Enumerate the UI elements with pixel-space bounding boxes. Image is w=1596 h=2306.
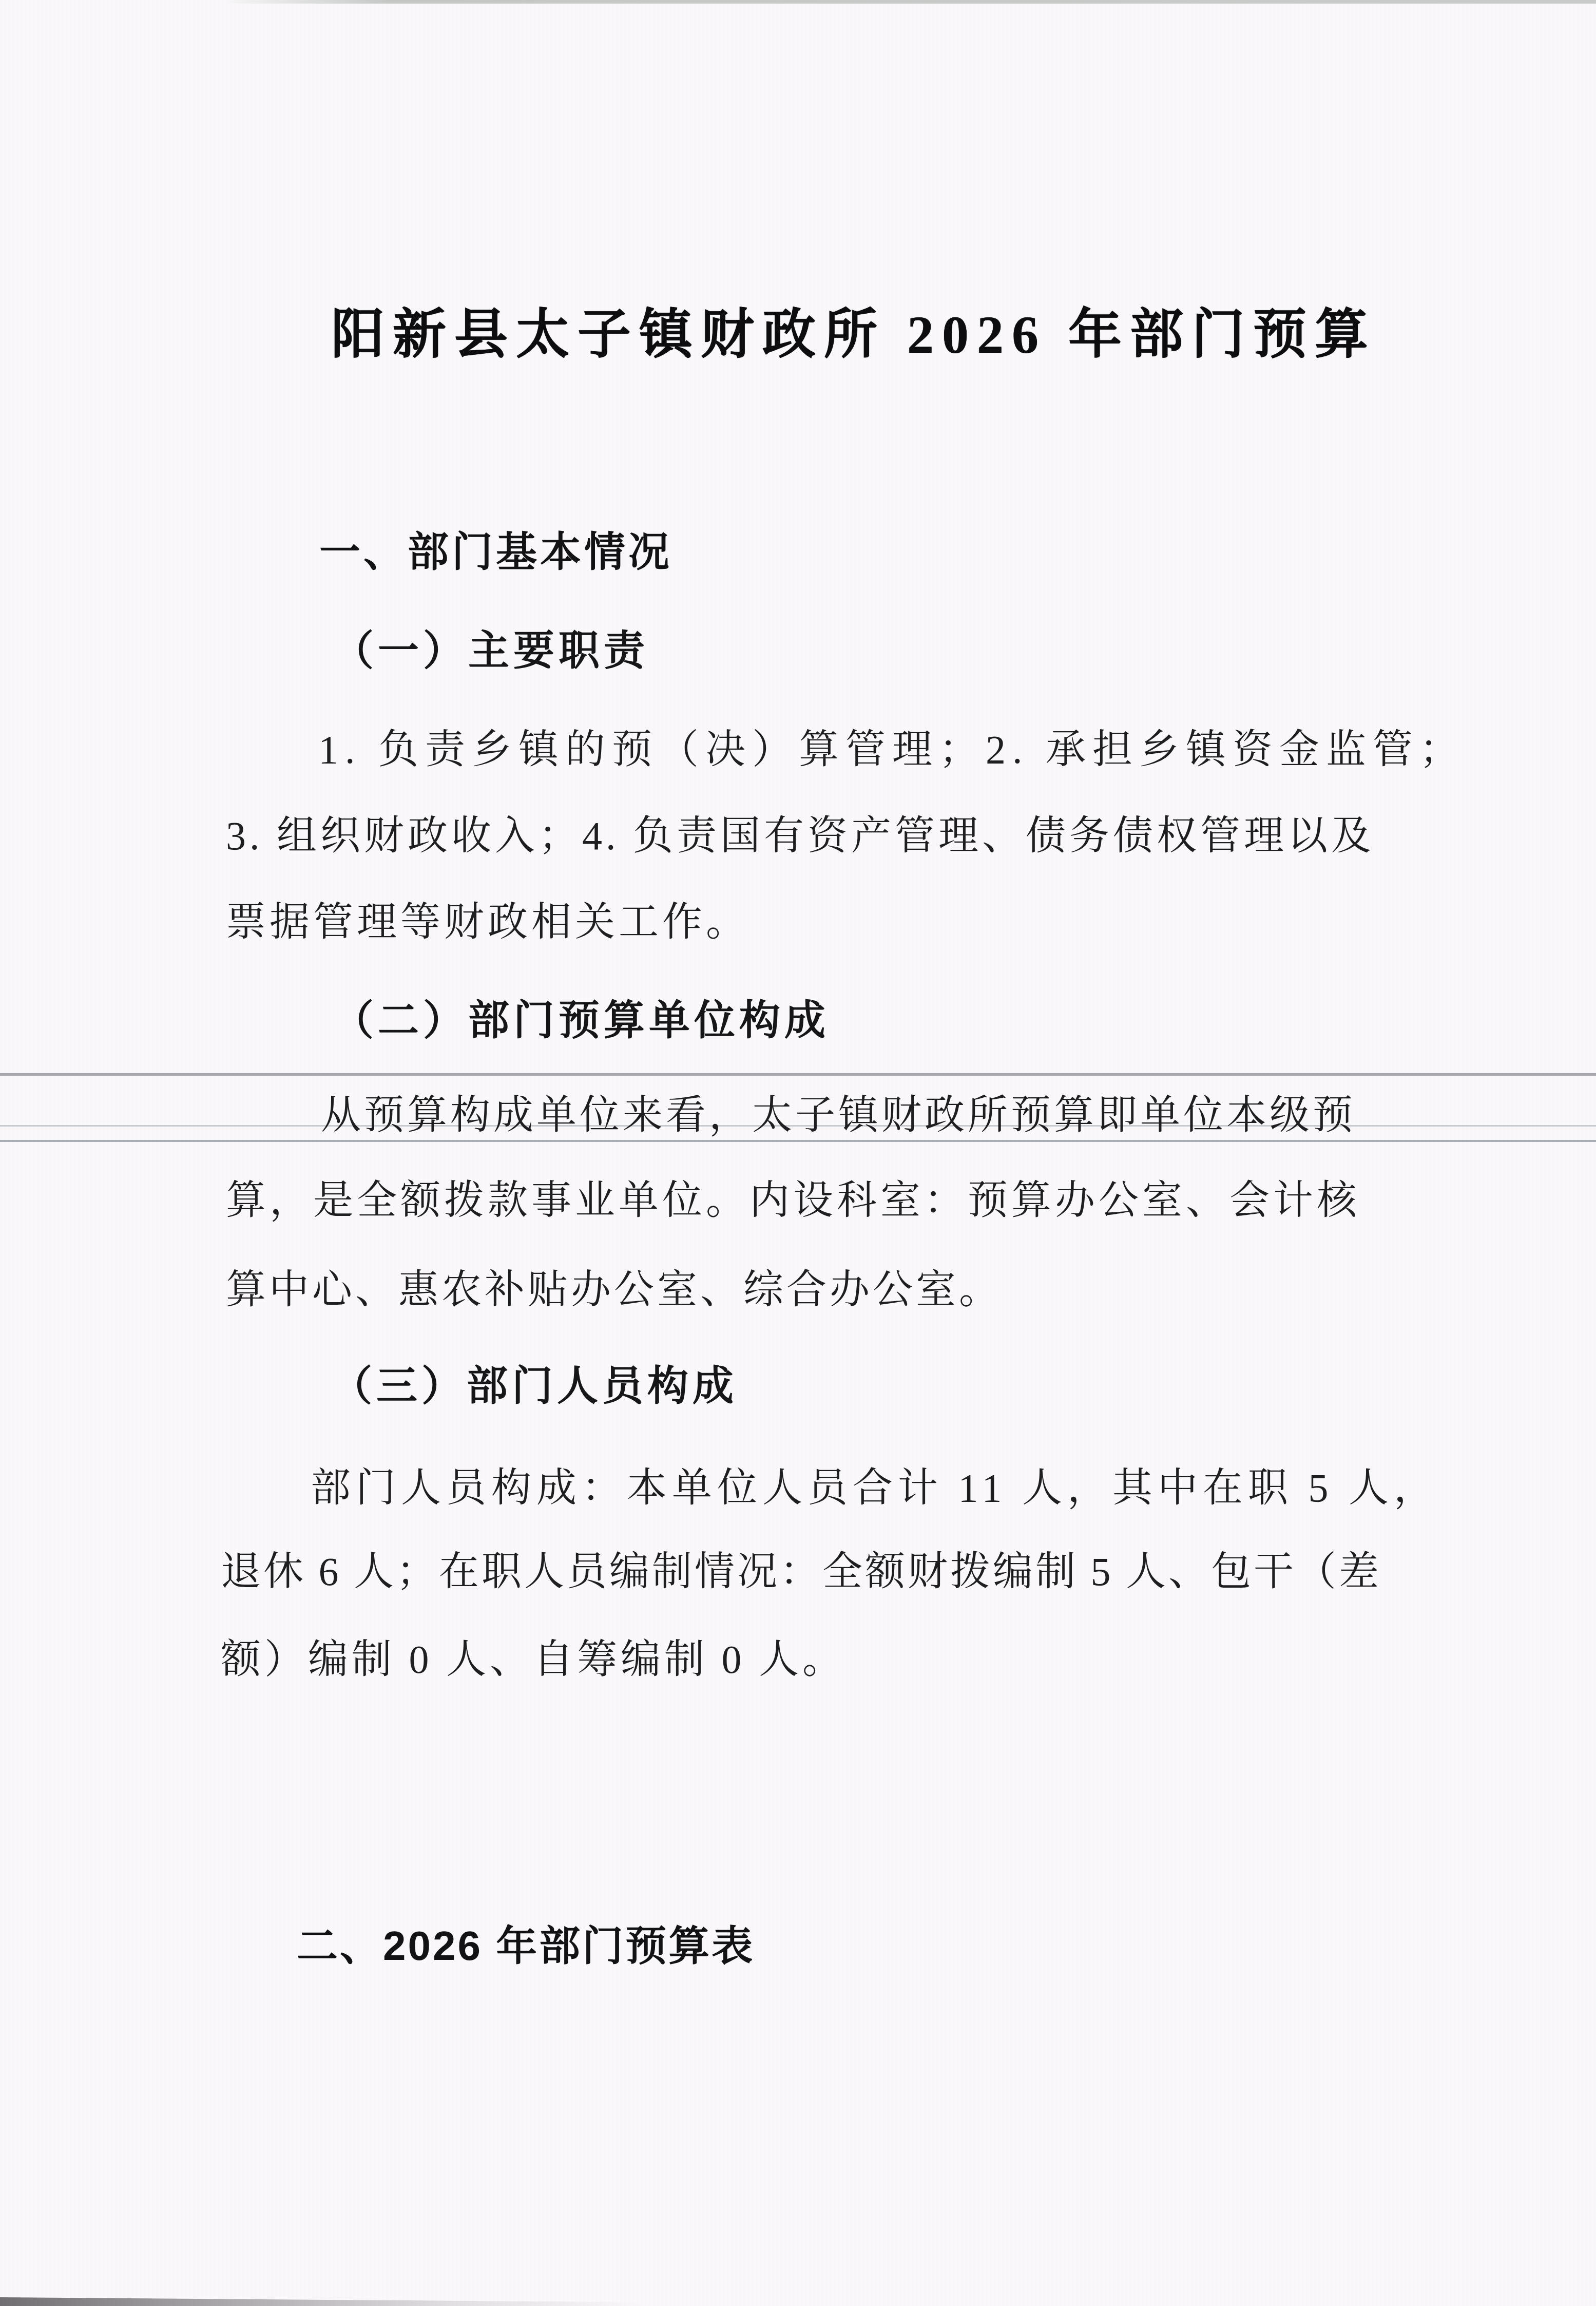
- body-line: 退休 6 人；在职人员编制情况：全额财拨编制 5 人、包干（差: [221, 1552, 1381, 1592]
- body-line: 票据管理等财政相关工作。: [226, 902, 749, 942]
- subsection-3-heading: （三）部门人员构成: [331, 1366, 738, 1407]
- body-line: 部门人员构成：本单位人员合计 11 人，其中在职 5 人，: [311, 1468, 1439, 1508]
- body-line: 1. 负责乡镇的预（决）算管理；2. 承担乡镇资金监管；: [318, 730, 1466, 770]
- scan-artifact-line-3: [0, 1140, 1596, 1142]
- scanned-document-page: 阳新县太子镇财政所 2026 年部门预算 一、部门基本情况 （一）主要职责 1.…: [0, 0, 1596, 2306]
- subsection-2-heading: （二）部门预算单位构成: [333, 1000, 830, 1041]
- body-line: 算中心、惠农补贴办公室、综合办公室。: [226, 1270, 1002, 1310]
- section-1-heading: 一、部门基本情况: [319, 531, 672, 573]
- body-line: 3. 组织财政收入；4. 负责国有资产管理、债务债权管理以及: [226, 816, 1375, 856]
- scan-artifact-line-1: [0, 1073, 1596, 1076]
- body-line: 算，是全额拨款事业单位。内设科室：预算办公室、会计核: [226, 1180, 1360, 1221]
- subsection-1-heading: （一）主要职责: [333, 631, 649, 672]
- section-2-heading: 二、2026 年部门预算表: [297, 1926, 755, 1967]
- body-line: 额）编制 0 人、自筹编制 0 人。: [221, 1640, 846, 1680]
- document-title: 阳新县太子镇财政所 2026 年部门预算: [331, 309, 1376, 362]
- scan-top-edge-artifact: [221, 0, 1596, 4]
- body-line: 从预算构成单位来看，太子镇财政所预算即单位本级预: [321, 1095, 1356, 1135]
- page-corner-shadow: [0, 2296, 647, 2306]
